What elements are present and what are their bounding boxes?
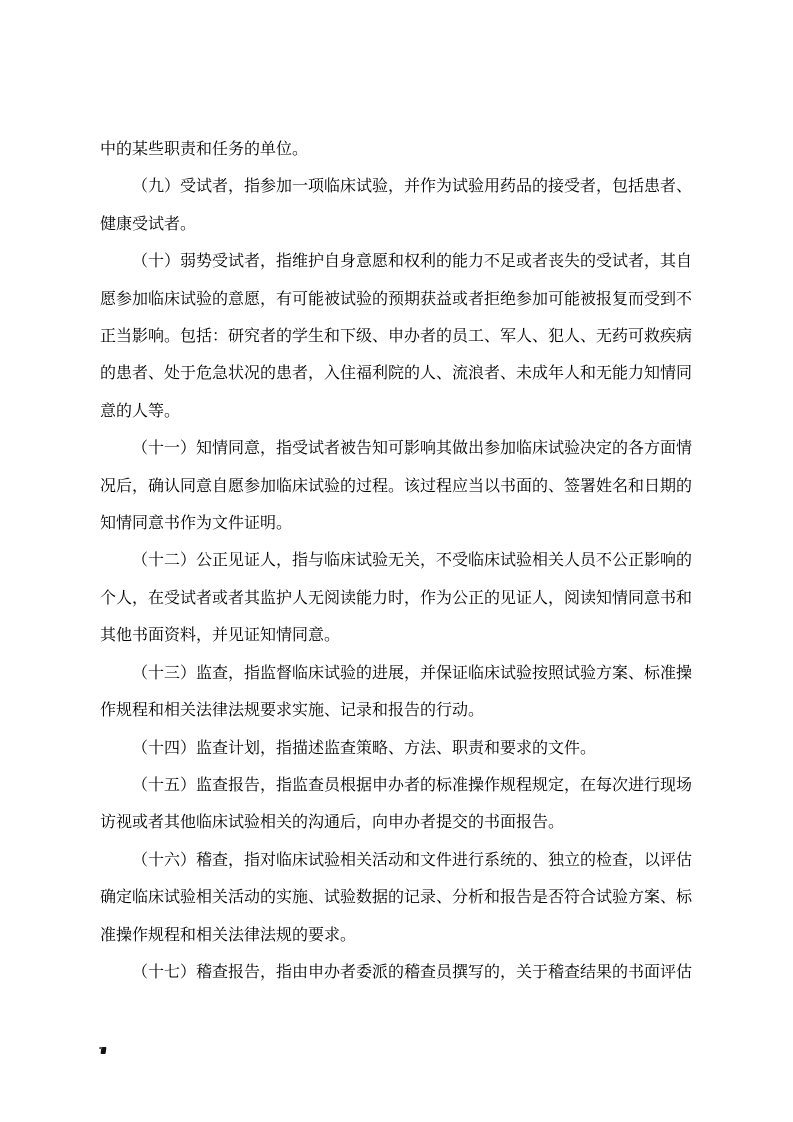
paragraph: （十七）稽查报告，指由申办者委派的稽查员撰写的，关于稽查结果的书面评估	[100, 953, 692, 990]
stray-ink-mark	[101, 1047, 107, 1054]
paragraph: （十五）监查报告，指监查员根据申办者的标准操作规程规定，在每次进行现场访视或者其…	[100, 766, 692, 841]
paragraph: （十四）监查计划，指描述监查策略、方法、职责和要求的文件。	[100, 729, 692, 766]
paragraph: （十六）稽查，指对临床试验相关活动和文件进行系统的、独立的检查，以评估确定临床试…	[100, 841, 692, 953]
paragraph: 中的某些职责和任务的单位。	[100, 130, 692, 167]
body-text: 中的某些职责和任务的单位。（九）受试者，指参加一项临床试验，并作为试验用药品的接…	[100, 130, 692, 990]
paragraph: （十一）知情同意，指受试者被告知可影响其做出参加临床试验决定的各方面情况后，确认…	[100, 429, 692, 541]
paragraph: （九）受试者，指参加一项临床试验，并作为试验用药品的接受者，包括患者、健康受试者…	[100, 167, 692, 242]
paragraph: （十二）公正见证人，指与临床试验无关，不受临床试验相关人员不公正影响的个人，在受…	[100, 541, 692, 653]
paragraph: （十）弱势受试者，指维护自身意愿和权利的能力不足或者丧失的受试者，其自愿参加临床…	[100, 242, 692, 429]
paragraph: （十三）监查，指监督临床试验的进展，并保证临床试验按照试验方案、标准操作规程和相…	[100, 654, 692, 729]
document-page: 中的某些职责和任务的单位。（九）受试者，指参加一项临床试验，并作为试验用药品的接…	[0, 0, 793, 1122]
